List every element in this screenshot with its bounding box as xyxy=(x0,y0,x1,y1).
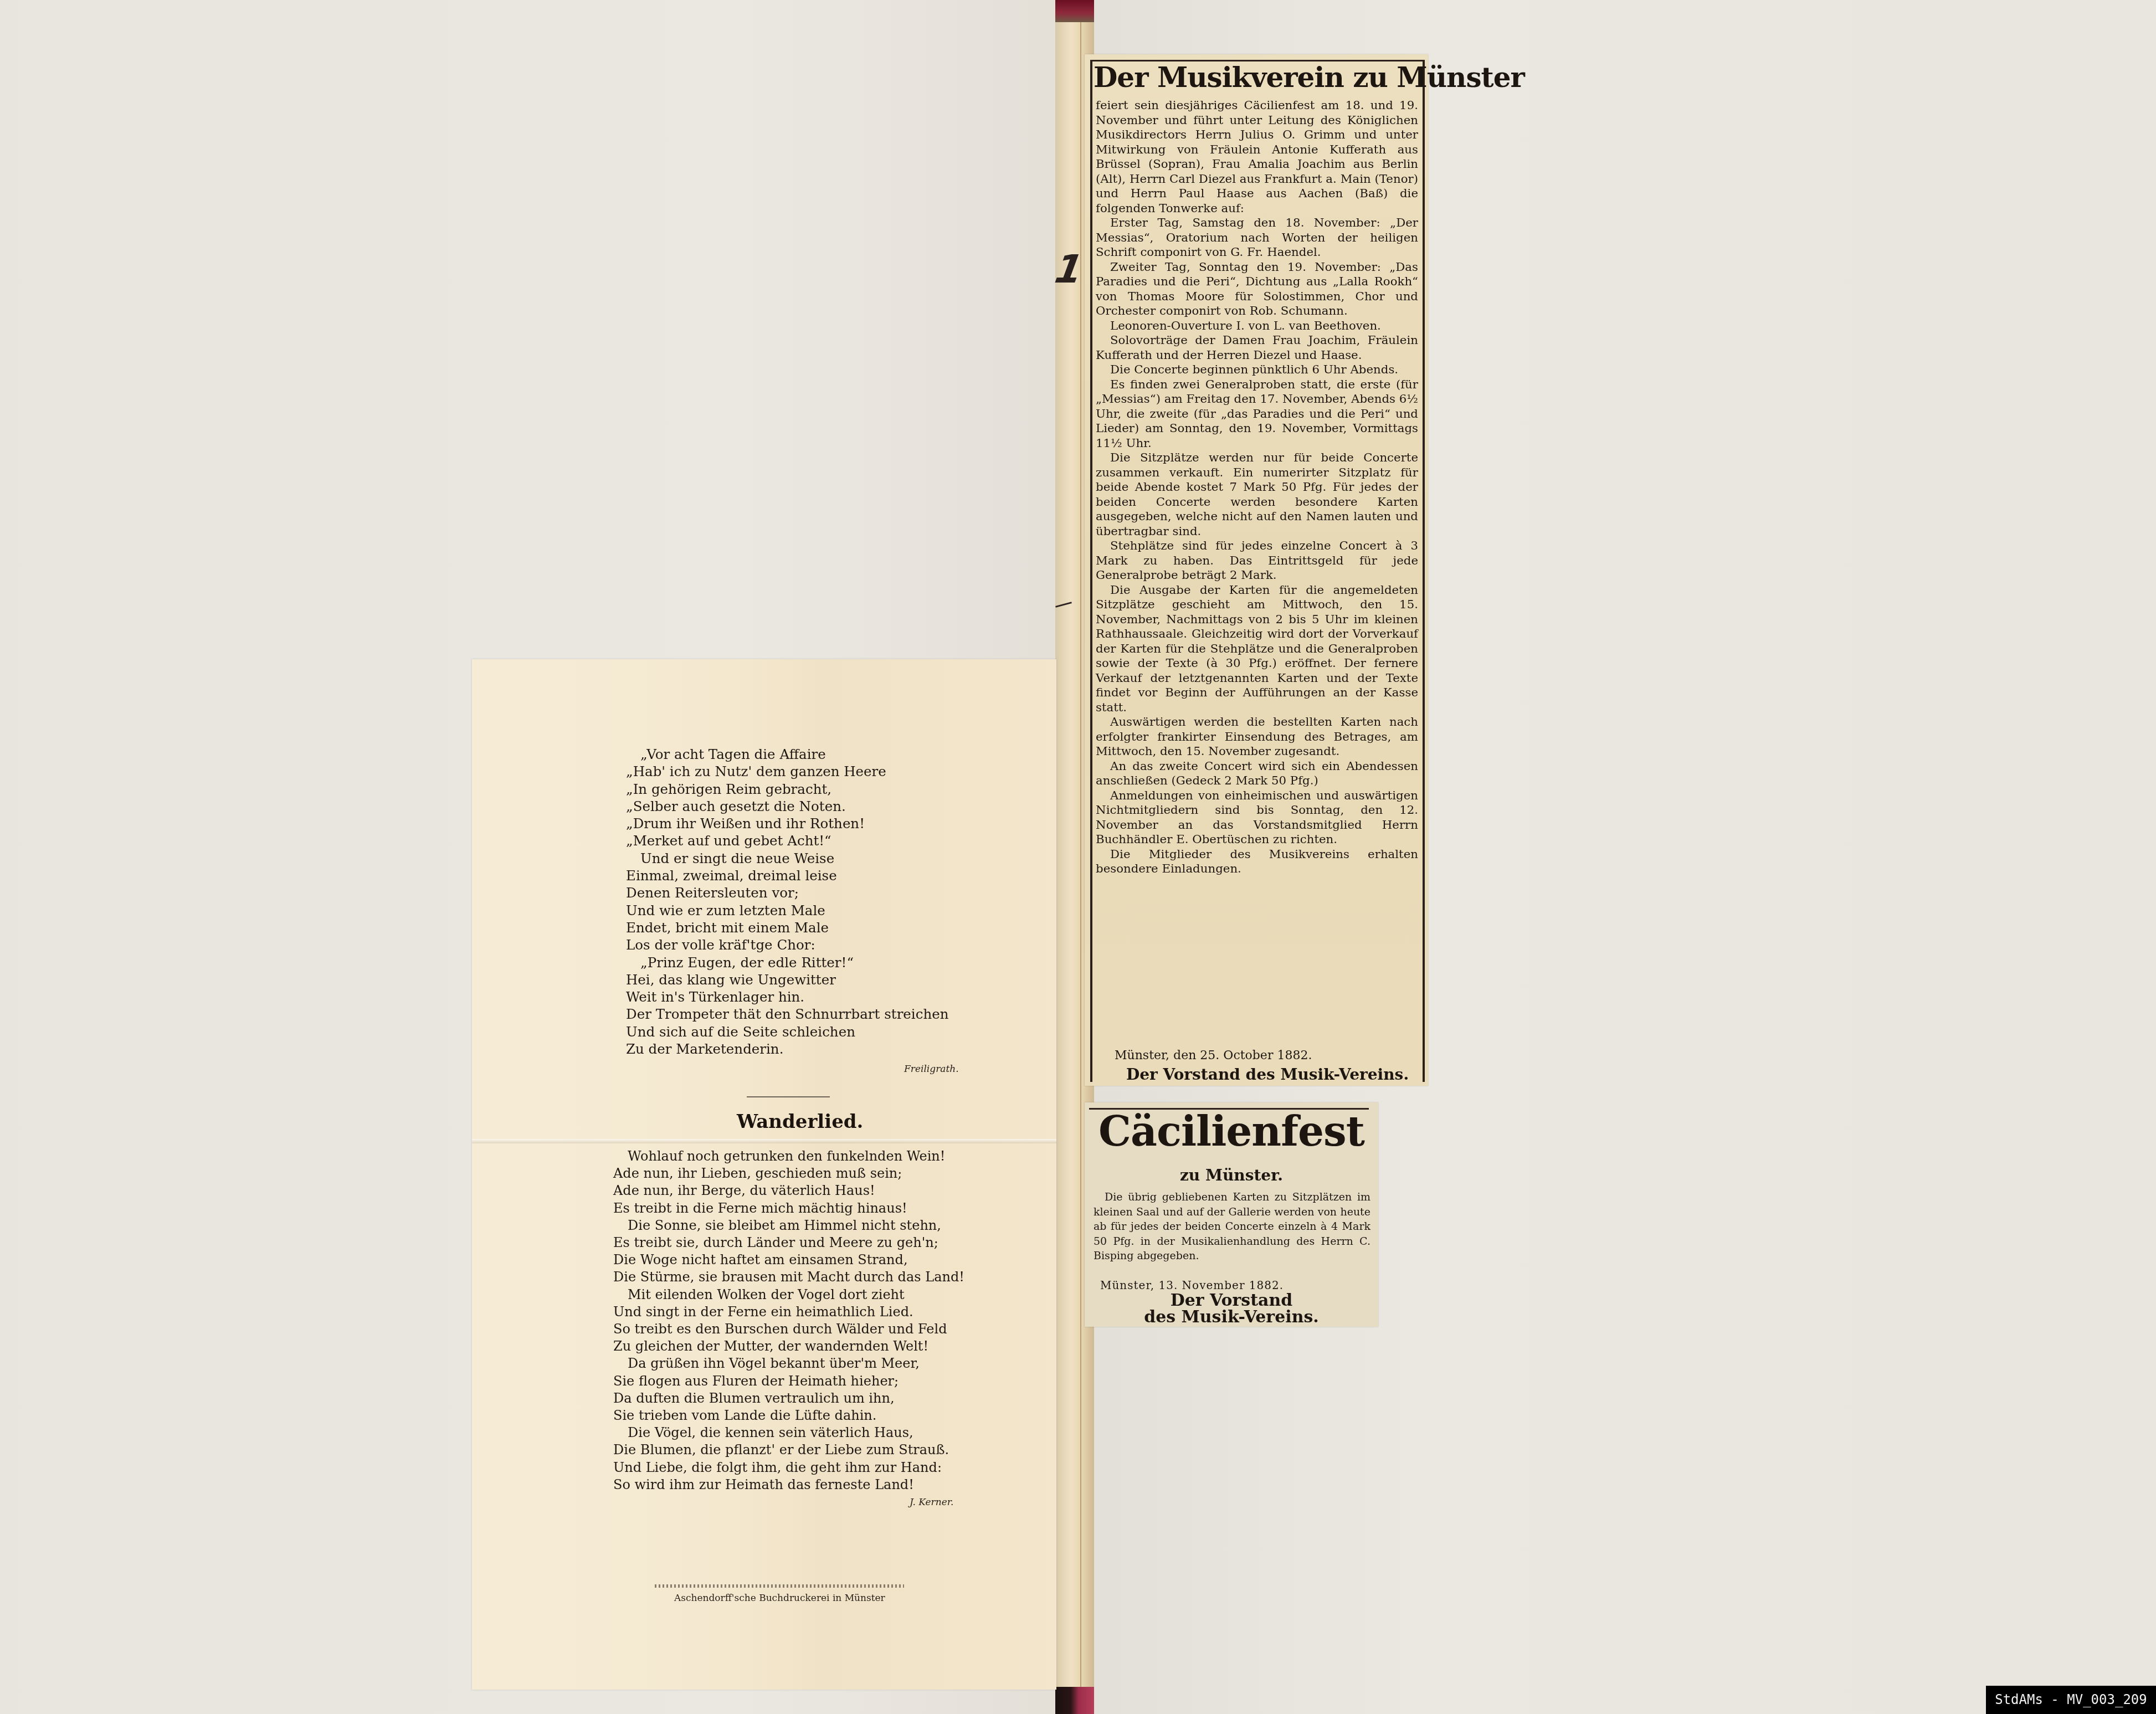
poem-line: „Merket auf und gebet Acht!“ xyxy=(626,832,948,849)
poem-line: Der Trompeter thät den Schnurrbart strei… xyxy=(626,1005,948,1023)
newspaper-clipping-notice: Cäcilienfest zu Münster. Die übrig gebli… xyxy=(1085,1102,1378,1327)
poem-line: Die Sonne, sie bleibet am Himmel nicht s… xyxy=(613,1217,964,1234)
poem-freiligrath: „Vor acht Tagen die Affaire„Hab' ich zu … xyxy=(626,746,948,1058)
poem-line: „Hab' ich zu Nutz' dem ganzen Heere xyxy=(626,763,948,780)
ornamental-rule xyxy=(655,1584,904,1588)
clipping-paragraph: Solovorträge der Damen Frau Joachim, Frä… xyxy=(1096,333,1418,363)
poem-line: Die Stürme, sie brausen mit Macht durch … xyxy=(613,1269,964,1286)
newspaper-clipping-announcement: Der Musikverein zu Münster feiert sein d… xyxy=(1085,54,1428,1086)
poem-line: Zu gleichen der Mutter, der wandernden W… xyxy=(613,1338,964,1355)
clipping-paragraph: Stehplätze sind für jedes einzelne Conce… xyxy=(1096,539,1418,583)
clipping-signature: des Musik-Vereins. xyxy=(1085,1307,1378,1327)
clipping-paragraph: Die Ausgabe der Karten für die angemelde… xyxy=(1096,583,1418,716)
clipping-paragraph: Anmeldungen von einheimischen und auswär… xyxy=(1096,789,1418,848)
poem-line: „In gehörigen Reim gebracht, xyxy=(626,781,948,798)
poem-line: „Prinz Eugen, der edle Ritter!“ xyxy=(626,954,948,971)
poem-line: „Drum ihr Weißen und ihr Rothen! xyxy=(626,815,948,832)
clipping-body: Die übrig gebliebenen Karten zu Sitzplät… xyxy=(1094,1190,1370,1264)
clipping-paragraph: An das zweite Concert wird sich ein Aben… xyxy=(1096,760,1418,789)
clipping-subheadline: zu Münster. xyxy=(1085,1166,1378,1184)
clipping-paragraph: feiert sein diesjähriges Cäcilienfest am… xyxy=(1096,99,1418,216)
poem-line: So treibt es den Burschen durch Wälder u… xyxy=(613,1321,964,1338)
clipping-paragraph: Die Sitzplätze werden nur für beide Conc… xyxy=(1096,451,1418,539)
poem-line: Die Vögel, die kennen sein väterlich Hau… xyxy=(613,1424,964,1441)
poem-line: Sie flogen aus Fluren der Heimath hieher… xyxy=(613,1373,964,1390)
clipping-signature: Der Vorstand des Musik-Vereins. xyxy=(1118,1065,1417,1084)
poem-line: Zu der Marketenderin. xyxy=(626,1040,948,1058)
clipping-body: feiert sein diesjähriges Cäcilienfest am… xyxy=(1096,99,1418,877)
poem-line: Los der volle kräf'tge Chor: xyxy=(626,936,948,953)
clipping-paragraph: Die Mitglieder des Musikvereins erhalten… xyxy=(1096,848,1418,877)
clipping-paragraph: Auswärtigen werden die bestellten Karten… xyxy=(1096,715,1418,760)
poem-line: Weit in's Türkenlager hin. xyxy=(626,988,948,1005)
clipping-date: Münster, 13. November 1882. xyxy=(1100,1279,1284,1292)
clipping-border xyxy=(1090,60,1092,1082)
poem-line: Es treibt sie, durch Länder und Meere zu… xyxy=(613,1234,964,1251)
poem-line: Hei, das klang wie Ungewitter xyxy=(626,971,948,988)
poem-line: Ade nun, ihr Berge, du väterlich Haus! xyxy=(613,1182,964,1199)
poem-line: Denen Reitersleuten vor; xyxy=(626,884,948,901)
clipping-paragraph: Leonoren-Ouverture I. von L. van Beethov… xyxy=(1096,319,1418,334)
printer-imprint: Aschendorff'sche Buchdruckerei in Münste… xyxy=(674,1593,885,1604)
poem-line: „Vor acht Tagen die Affaire xyxy=(626,746,948,763)
clipping-paragraph: Die Concerte beginnen pünktlich 6 Uhr Ab… xyxy=(1096,363,1418,378)
clipping-paragraph: Zweiter Tag, Sonntag den 19. November: „… xyxy=(1096,260,1418,319)
poem-line: „Selber auch gesetzt die Noten. xyxy=(626,798,948,815)
archive-reference-label: StdAMs - MV_003_209 xyxy=(1986,1686,2156,1714)
spine-headband xyxy=(1055,0,1094,22)
poem-line: Die Blumen, die pflanzt' er der Liebe zu… xyxy=(613,1441,964,1459)
poem-line: Ade nun, ihr Lieben, geschieden muß sein… xyxy=(613,1165,964,1182)
poem-line: Und Liebe, die folgt ihm, die geht ihm z… xyxy=(613,1459,964,1476)
clipping-paragraph: Erster Tag, Samstag den 18. November: „D… xyxy=(1096,216,1418,260)
spine-tailband xyxy=(1055,1687,1094,1714)
clipping-headline: Der Musikverein zu Münster xyxy=(1094,61,1420,94)
poem-line: Da duften die Blumen vertraulich um ihn, xyxy=(613,1390,964,1407)
poem-line: So wird ihm zur Heimath das fernestе Lan… xyxy=(613,1476,964,1494)
clipping-border xyxy=(1423,60,1425,1082)
poem-line: Sie trieben vom Lande die Lüfte dahin. xyxy=(613,1407,964,1424)
poem-line: Und sich auf die Seite schleichen xyxy=(626,1023,948,1040)
poem-line: Und er singt die neue Weise xyxy=(626,850,948,867)
clipping-date: Münster, den 25. October 1882. xyxy=(1115,1049,1312,1063)
poem-line: Wohlauf noch getrunken den funkelnden We… xyxy=(613,1148,964,1165)
clipping-paragraph: Die übrig gebliebenen Karten zu Sitzplät… xyxy=(1094,1190,1370,1264)
poem-author: Freiligrath. xyxy=(904,1064,959,1075)
separator-rule xyxy=(747,1096,830,1097)
poem-wanderlied: Wohlauf noch getrunken den funkelnden We… xyxy=(613,1148,964,1494)
poem-title: Wanderlied. xyxy=(737,1111,863,1133)
poem-line: Einmal, zweimal, dreimal leise xyxy=(626,867,948,884)
poem-line: Und wie er zum letzten Male xyxy=(626,902,948,919)
poem-line: Und singt in der Ferne ein heimathlich L… xyxy=(613,1304,964,1321)
printed-leaflet: „Vor acht Tagen die Affaire„Hab' ich zu … xyxy=(472,659,1056,1690)
poem-author: J. Kerner. xyxy=(910,1497,953,1508)
paper-fold xyxy=(472,1139,1056,1143)
poem-line: Mit eilenden Wolken der Vogel dort zieht xyxy=(613,1286,964,1304)
poem-line: Die Woge nicht haftet am einsamen Strand… xyxy=(613,1251,964,1269)
poem-line: Endet, bricht mit einem Male xyxy=(626,919,948,936)
poem-line: Da grüßen ihn Vögel bekannt über'm Meer, xyxy=(613,1355,964,1372)
clipping-headline: Cäcilienfest xyxy=(1085,1108,1378,1156)
poem-line: Es treibt in die Ferne mich mächtig hina… xyxy=(613,1200,964,1217)
clipping-paragraph: Es finden zwei Generalproben statt, die … xyxy=(1096,378,1418,451)
